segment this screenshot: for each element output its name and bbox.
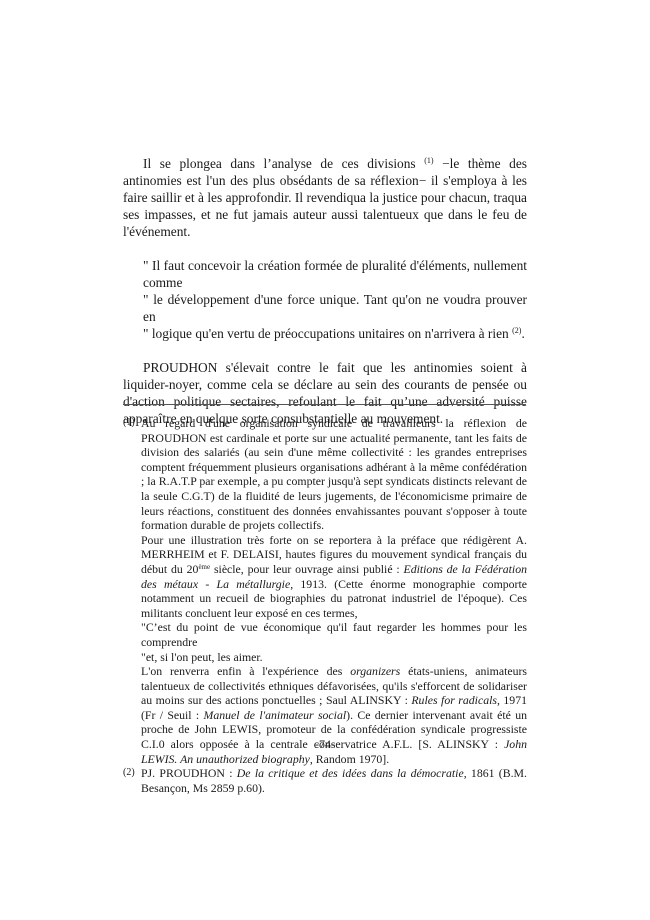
- italic-term: organizers: [350, 664, 400, 678]
- footnote-number: (2): [123, 766, 135, 781]
- footnote-2: (2) PJ. PROUDHON : De la critique et des…: [123, 766, 527, 795]
- book-title: Rules for radicals: [411, 693, 497, 707]
- footnote-number: (1): [123, 416, 135, 431]
- text-span: PJ. PROUDHON :: [141, 766, 237, 780]
- text-span: .: [521, 326, 524, 341]
- page-number: -74-: [0, 737, 650, 752]
- footnote-ref-1[interactable]: (1): [424, 156, 433, 165]
- book-title: Manuel de l'animateur social: [204, 708, 347, 722]
- text-span: , Random 1970].: [310, 752, 389, 766]
- main-text: Il se plongea dans l’analyse de ces divi…: [123, 155, 527, 427]
- text-span: L'on renverra enfin à l'expérience des: [141, 664, 350, 678]
- quote-line: " logique qu'en vertu de préoccupations …: [143, 325, 527, 342]
- footnote-1: (1) Au regard d'une organisation syndica…: [123, 416, 527, 766]
- footnote-paragraph: PJ. PROUDHON : De la critique et des idé…: [141, 766, 527, 795]
- text-span: Il se plongea dans l’analyse de ces divi…: [143, 156, 424, 171]
- text-span: " logique qu'en vertu de préoccupations …: [143, 326, 512, 341]
- footnote-paragraph: Au regard d'une organisation syndicale d…: [141, 416, 527, 533]
- quote-line: " le développement d'une force unique. T…: [143, 291, 527, 325]
- book-title: De la critique et des idées dans la démo…: [237, 766, 464, 780]
- footnote-quote: "C’est du point de vue économique qu'il …: [141, 620, 527, 649]
- footnote-quote: "et, si l'on peut, les aimer.: [141, 650, 527, 665]
- footnote-paragraph: Pour une illustration très forte on se r…: [141, 533, 527, 621]
- paragraph-antinomies: Il se plongea dans l’analyse de ces divi…: [123, 155, 527, 240]
- proudhon-quote: " Il faut concevoir la création formée d…: [123, 257, 527, 342]
- footnote-separator: [123, 404, 526, 405]
- superscript: ème: [198, 563, 210, 571]
- text-span: siècle, pour leur ouvrage ainsi publié :: [210, 562, 403, 576]
- document-page: Il se plongea dans l’analyse de ces divi…: [0, 0, 650, 920]
- quote-line: " Il faut concevoir la création formée d…: [143, 257, 527, 291]
